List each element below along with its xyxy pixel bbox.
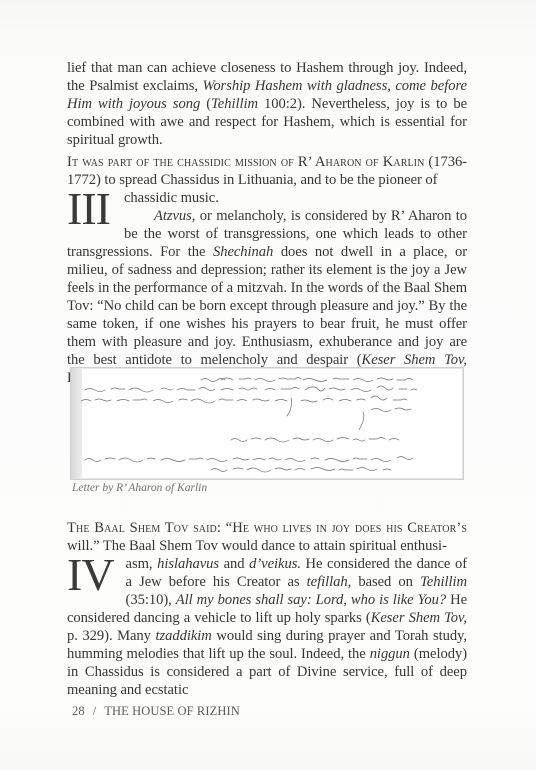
page-footer: 28/THE HOUSE OF RIZHIN: [72, 704, 240, 719]
section-lead-smallcaps: It was part of the chassidic mission of …: [67, 154, 424, 170]
book-page: lief that man can achieve closeness to H…: [0, 0, 536, 770]
intro-text: (: [200, 96, 211, 112]
source-citation: Tehillim: [211, 96, 258, 112]
figure-caption: Letter by R’ Aharon of Karlin: [72, 482, 207, 494]
psalm-quote: All my bones shall say: Lord, who is lik…: [176, 592, 446, 608]
hebrew-term: tzaddikim: [155, 628, 211, 644]
section-text: asm,: [126, 556, 158, 572]
section-text: will.” The Baal Shem Tov would dance to …: [67, 538, 447, 554]
section-numeral-dropcap: III: [67, 192, 110, 226]
section-iii: It was part of the chassidic mission of …: [67, 153, 467, 387]
hebrew-term: hislahavus: [157, 556, 219, 572]
source-citation: Keser Shem Tov,: [362, 352, 467, 368]
section-text: based on: [351, 574, 420, 590]
section-text: does not dwell in a place, or milieu, of…: [67, 244, 467, 368]
section-text: (35:10),: [126, 592, 176, 608]
letter-image: [70, 367, 464, 480]
section-numeral-dropcap: IV: [67, 558, 114, 592]
handwriting-illustration: [71, 368, 463, 479]
section-text: chassidic music.: [124, 190, 219, 206]
hebrew-term: tefillah,: [307, 574, 352, 590]
running-title: THE HOUSE OF RIZHIN: [104, 704, 240, 718]
section-text: p. 329). Many: [67, 628, 155, 644]
hebrew-term: d’veikus.: [249, 556, 301, 572]
hebrew-term: Atzvus,: [154, 208, 195, 224]
source-citation: Keser Shem Tov,: [371, 610, 467, 626]
section-text: and: [219, 556, 249, 572]
source-citation: Tehillim: [420, 574, 467, 590]
hebrew-term: Shechinah: [213, 244, 273, 260]
section-iv: The Baal Shem Tov said: “He who lives in…: [67, 519, 467, 699]
intro-paragraph: lief that man can achieve closeness to H…: [67, 59, 467, 149]
hebrew-term: niggun: [370, 646, 410, 662]
section-lead-smallcaps: The Baal Shem Tov said: “He who lives in…: [67, 520, 467, 536]
page-number: 28: [72, 704, 85, 718]
footer-separator: /: [93, 704, 97, 718]
